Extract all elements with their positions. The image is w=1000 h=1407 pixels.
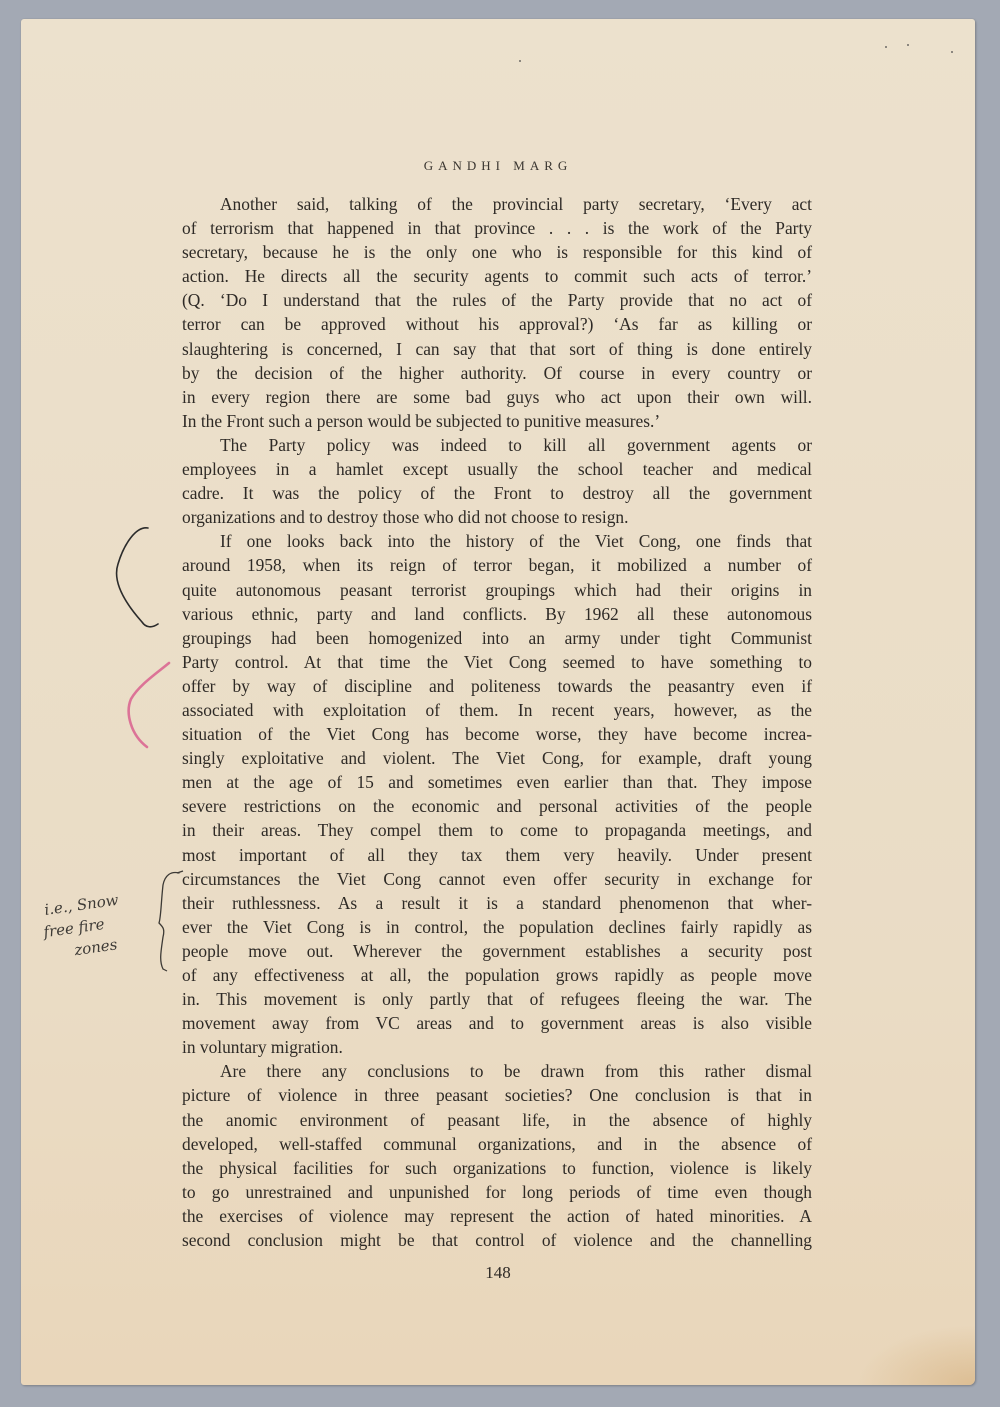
text-line: in. This movement is only partly that of… <box>182 987 812 1011</box>
text-line: If one looks back into the history of th… <box>182 529 812 553</box>
text-line: various ethnic, party and land conflicts… <box>182 602 812 626</box>
text-line: to go unrestrained and unpunished for lo… <box>182 1180 812 1204</box>
text-line: around 1958, when its reign of terror be… <box>182 553 812 577</box>
text-line: severe restrictions on the economic and … <box>182 794 812 818</box>
text-line: (Q. ‘Do I understand that the rules of t… <box>182 288 812 312</box>
text-line: secretary, because he is the only one wh… <box>182 240 812 264</box>
paper-speck <box>951 51 953 53</box>
text-line: by the decision of the higher authority.… <box>182 361 812 385</box>
paragraph: The Party policy was indeed to kill all … <box>182 433 812 529</box>
text-line: in every region there are some bad guys … <box>182 385 812 409</box>
text-line: movement away from VC areas and to gover… <box>182 1011 812 1035</box>
text-line: second conclusion might be that control … <box>182 1228 812 1252</box>
text-line: organizations and to destroy those who d… <box>182 505 812 529</box>
text-line: groupings had been homogenized into an a… <box>182 626 812 650</box>
text-line: offer by way of discipline and politenes… <box>182 674 812 698</box>
text-line: Another said, talking of the provincial … <box>182 192 812 216</box>
text-line: Are there any conclusions to be drawn fr… <box>182 1059 812 1083</box>
text-line: the exercises of violence may represent … <box>182 1204 812 1228</box>
text-line: people move out. Wherever the government… <box>182 939 812 963</box>
text-line: circumstances the Viet Cong cannot even … <box>182 867 812 891</box>
text-line: in voluntary migration. <box>182 1035 812 1059</box>
text-line: terror can be approved without his appro… <box>182 312 812 336</box>
text-line: picture of violence in three peasant soc… <box>182 1083 812 1107</box>
text-line: ever the Viet Cong is in control, the po… <box>182 915 812 939</box>
paper-speck <box>907 44 909 46</box>
black-bracket-annotation <box>106 524 166 634</box>
text-line: of any effectiveness at all, the populat… <box>182 963 812 987</box>
page-number: 148 <box>21 1263 975 1283</box>
paragraph: Another said, talking of the provincial … <box>182 192 812 433</box>
text-line: developed, well-staffed communal organiz… <box>182 1132 812 1156</box>
text-line: associated with exploitation of them. In… <box>182 698 812 722</box>
body-text: Another said, talking of the provincial … <box>182 192 812 1252</box>
text-line: the anomic environment of peasant life, … <box>182 1108 812 1132</box>
text-line: slaughtering is concerned, I can say tha… <box>182 337 812 361</box>
text-line: in their areas. They compel them to come… <box>182 818 812 842</box>
text-line: In the Front such a person would be subj… <box>182 409 812 433</box>
text-line: quite autonomous peasant terrorist group… <box>182 578 812 602</box>
text-line: singly exploitative and violent. The Vie… <box>182 746 812 770</box>
text-line: their ruthlessness. As a result it is a … <box>182 891 812 915</box>
text-line: employees in a hamlet except usually the… <box>182 457 812 481</box>
text-line: cadre. It was the policy of the Front to… <box>182 481 812 505</box>
pink-bracket-annotation <box>119 659 179 754</box>
text-line: The Party policy was indeed to kill all … <box>182 433 812 457</box>
document-page: GANDHI MARG Another said, talking of the… <box>21 19 975 1385</box>
text-line: most important of all they tax them very… <box>182 843 812 867</box>
text-line: situation of the Viet Cong has become wo… <box>182 722 812 746</box>
paper-speck <box>519 60 521 62</box>
text-line: Party control. At that time the Viet Con… <box>182 650 812 674</box>
paper-speck <box>885 46 887 48</box>
text-line: action. He directs all the security agen… <box>182 264 812 288</box>
text-line: the physical facilities for such organiz… <box>182 1156 812 1180</box>
paragraph: Are there any conclusions to be drawn fr… <box>182 1059 812 1252</box>
text-line: of terrorism that happened in that provi… <box>182 216 812 240</box>
paragraph: If one looks back into the history of th… <box>182 529 812 1059</box>
running-head: GANDHI MARG <box>21 158 975 174</box>
text-line: men at the age of 15 and sometimes even … <box>182 770 812 794</box>
